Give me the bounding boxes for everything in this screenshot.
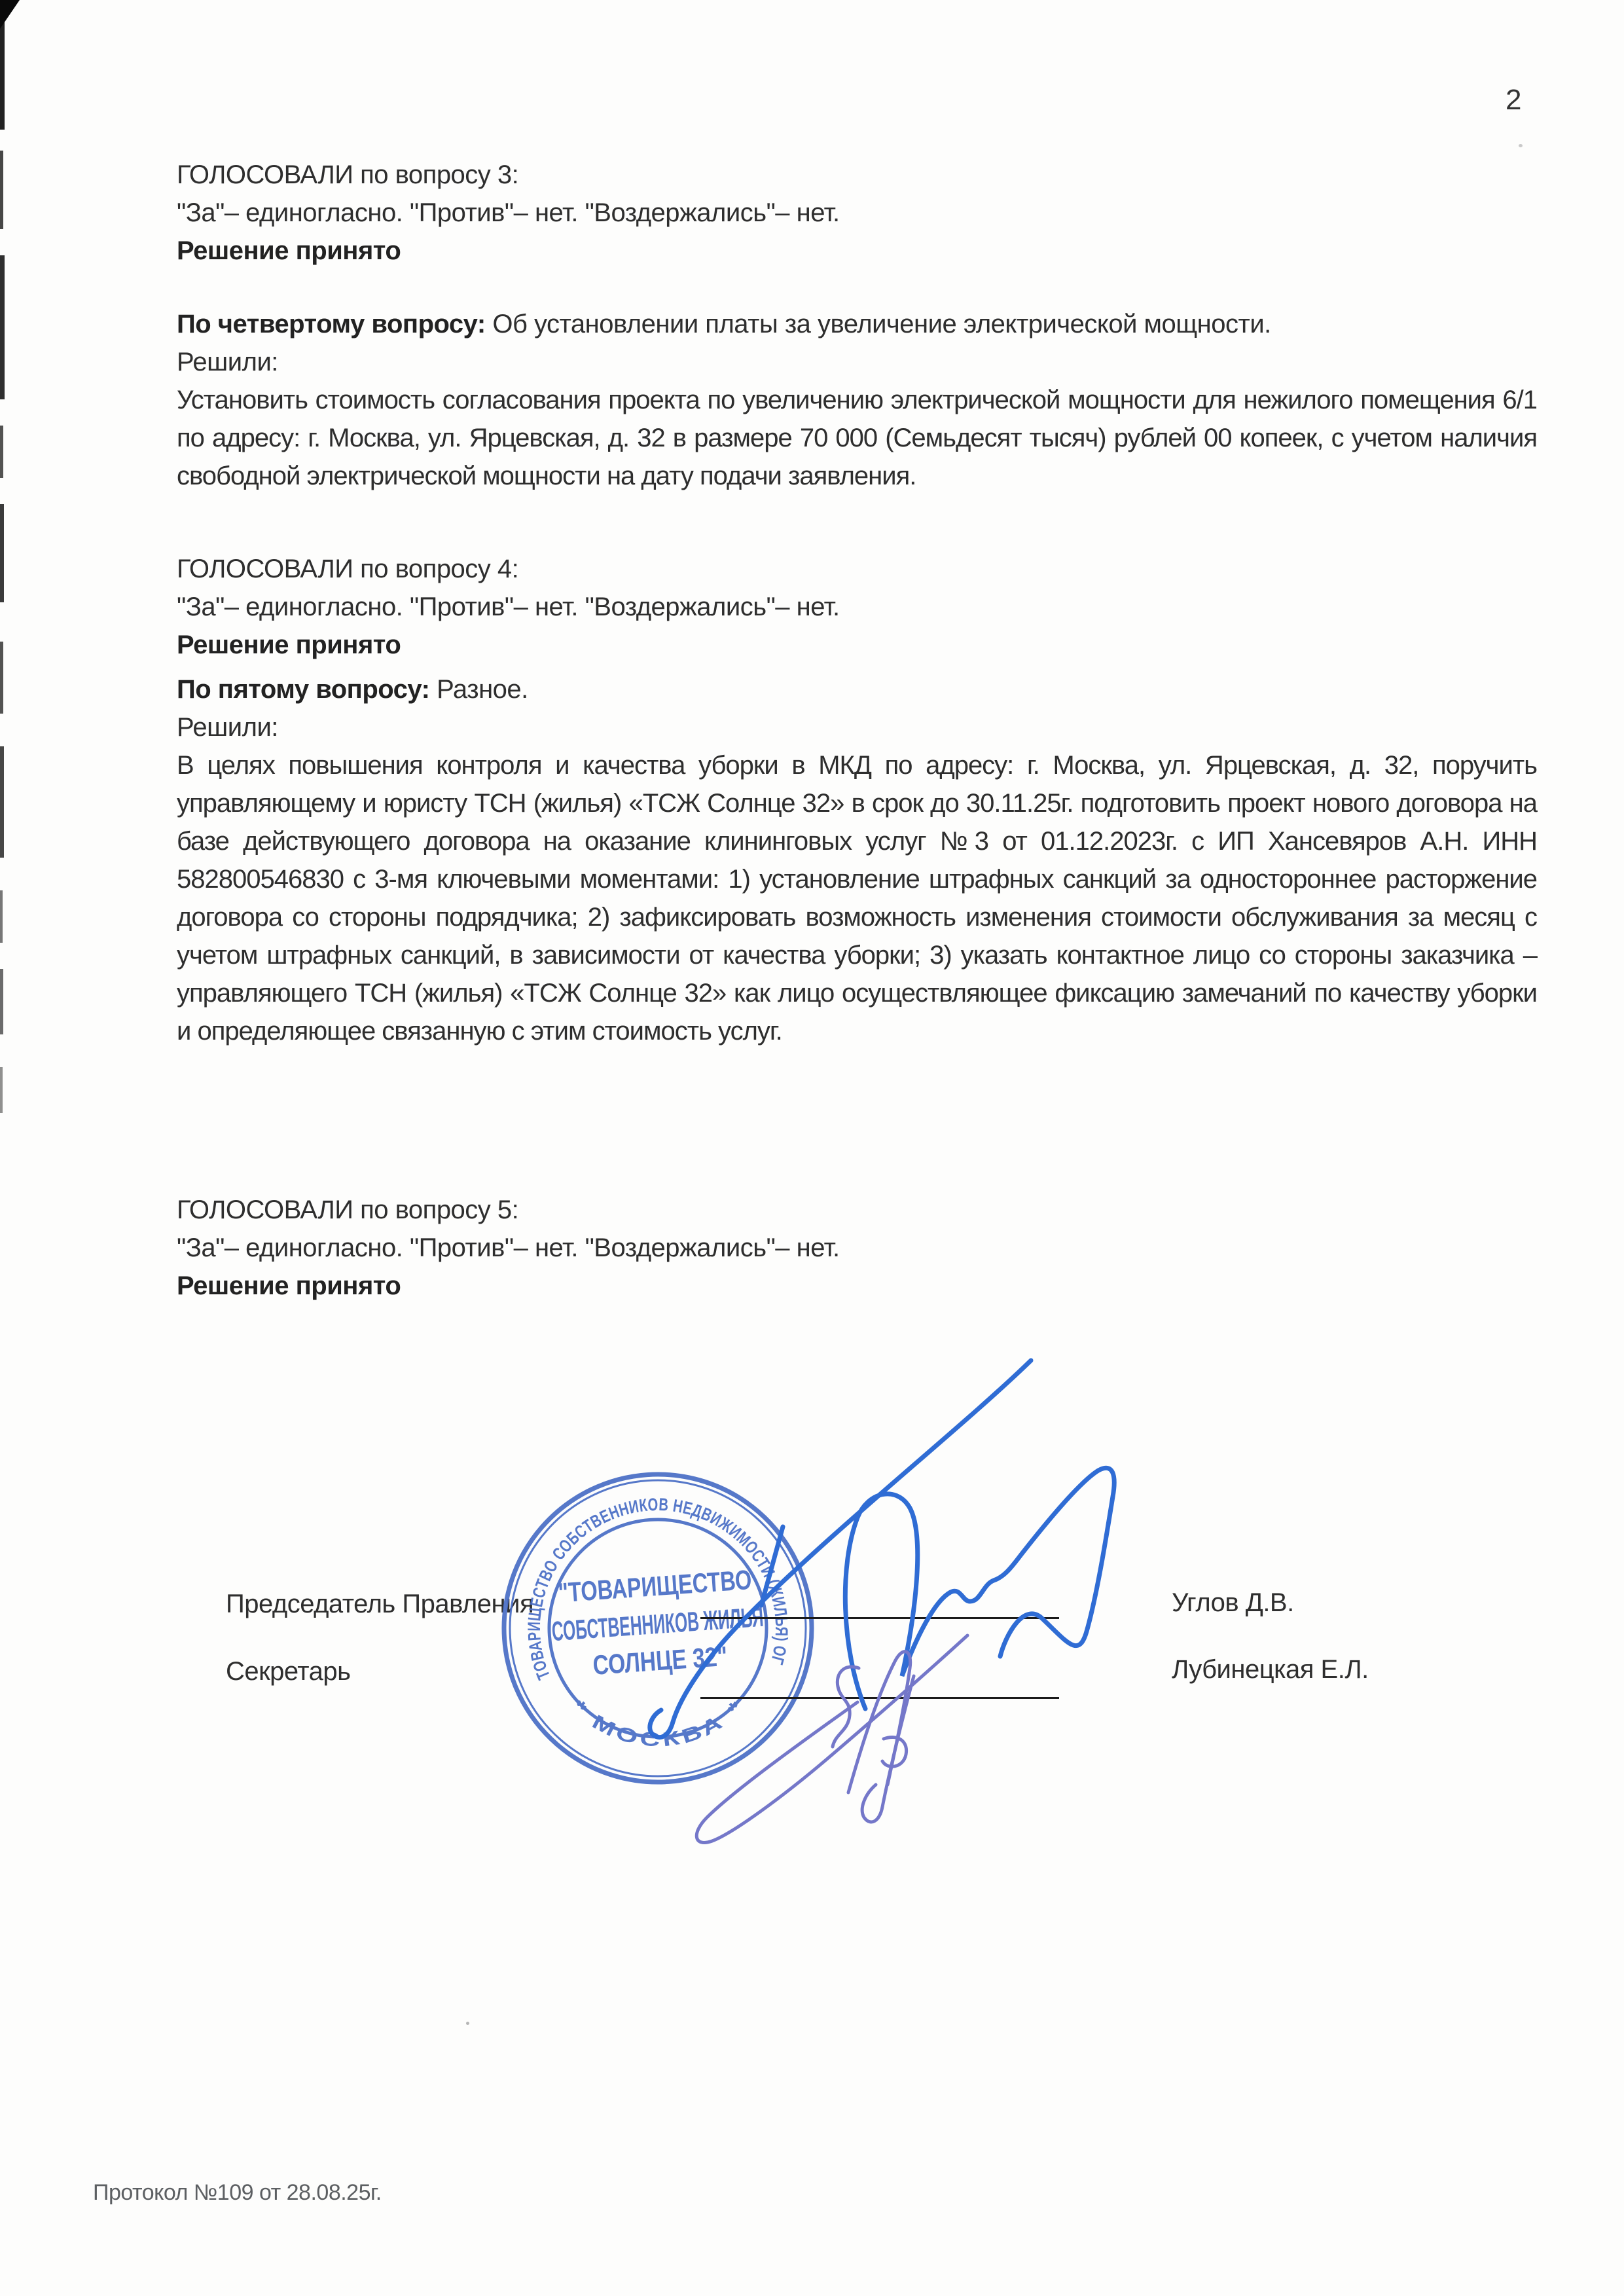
question-topic: Об установлении платы за увеличение элек… — [486, 310, 1271, 338]
chairman-signature-line — [700, 1617, 1059, 1619]
question-heading: По четвертому вопросу: Об установлении п… — [177, 305, 1537, 343]
scan-artifact-left-edge — [0, 969, 3, 1034]
dust-speck — [1519, 144, 1523, 147]
vote-decision: Решение принято — [177, 1267, 1537, 1305]
stamp-center-line-2: СОБСТВЕННИКОВ ЖИЛЬЯ — [550, 1601, 764, 1647]
resolved-label: Решили: — [177, 343, 1537, 381]
vote-title: ГОЛОСОВАЛИ по вопросу 5: — [177, 1191, 1537, 1229]
dust-speck — [466, 2022, 469, 2025]
scan-artifact-left-edge — [0, 151, 3, 229]
footer-protocol-reference: Протокол №109 от 28.08.25г. — [93, 2180, 382, 2206]
scan-artifact-left-edge — [0, 426, 3, 478]
scan-artifact-left-edge — [0, 255, 5, 399]
vote-result: "За"– единогласно. "Против"– нет. "Возде… — [177, 194, 1537, 232]
resolved-label: Решили: — [177, 708, 1537, 746]
stamp-center-line-1: "ТОВАРИЩЕСТВО — [557, 1564, 753, 1609]
chairman-name: Углов Д.В. — [1172, 1588, 1294, 1618]
scan-artifact-left-edge — [0, 746, 4, 858]
resolution-text: В целях повышения контроля и качества уб… — [177, 746, 1537, 1050]
vote-block-question-4: ГОЛОСОВАЛИ по вопросу 4: "За"– единоглас… — [177, 550, 1537, 664]
stamp-center-line-3: СОЛНЦЕ 32" — [592, 1641, 729, 1681]
scan-artifact-left-edge — [0, 642, 3, 714]
stamp-bottom-text: * МОСКВА * — [567, 1685, 751, 1758]
secretary-label: Секретарь — [226, 1657, 351, 1686]
vote-title: ГОЛОСОВАЛИ по вопросу 3: — [177, 156, 1537, 194]
organization-stamp: ТОВАРИЩЕСТВО СОБСТВЕННИКОВ НЕДВИЖИМОСТИ … — [483, 1453, 833, 1803]
scan-artifact-left-edge — [0, 504, 4, 602]
question-4-block: По четвертому вопросу: Об установлении п… — [177, 305, 1537, 495]
vote-block-question-3: ГОЛОСОВАЛИ по вопросу 3: "За"– единоглас… — [177, 156, 1537, 270]
vote-result: "За"– единогласно. "Против"– нет. "Возде… — [177, 1229, 1537, 1267]
resolution-text: Установить стоимость согласования проект… — [177, 381, 1537, 495]
vote-title: ГОЛОСОВАЛИ по вопросу 4: — [177, 550, 1537, 588]
vote-result: "За"– единогласно. "Против"– нет. "Возде… — [177, 588, 1537, 626]
vote-block-question-5: ГОЛОСОВАЛИ по вопросу 5: "За"– единоглас… — [177, 1191, 1537, 1305]
secretary-signature-line — [700, 1697, 1059, 1699]
question-label: По пятому вопросу: — [177, 675, 429, 704]
scan-artifact-left-edge — [0, 890, 3, 943]
page-number: 2 — [1506, 84, 1521, 117]
chairman-label: Председатель Правления — [226, 1590, 533, 1619]
svg-text:* МОСКВА *: * МОСКВА * — [567, 1685, 751, 1758]
scanned-protocol-page: 2 ГОЛОСОВАЛИ по вопросу 3: "За"– единогл… — [0, 0, 1624, 2296]
question-topic: Разное. — [429, 675, 528, 704]
question-heading: По пятому вопросу: Разное. — [177, 670, 1537, 708]
question-label: По четвертому вопросу: — [177, 310, 486, 338]
secretary-name: Лубинецкая Е.Л. — [1172, 1655, 1369, 1685]
question-5-block: По пятому вопросу: Разное. Решили: В цел… — [177, 670, 1537, 1050]
scan-artifact-left-edge — [0, 5, 5, 130]
scan-artifact-left-edge — [0, 1067, 3, 1113]
vote-decision: Решение принято — [177, 626, 1537, 664]
vote-decision: Решение принято — [177, 232, 1537, 270]
